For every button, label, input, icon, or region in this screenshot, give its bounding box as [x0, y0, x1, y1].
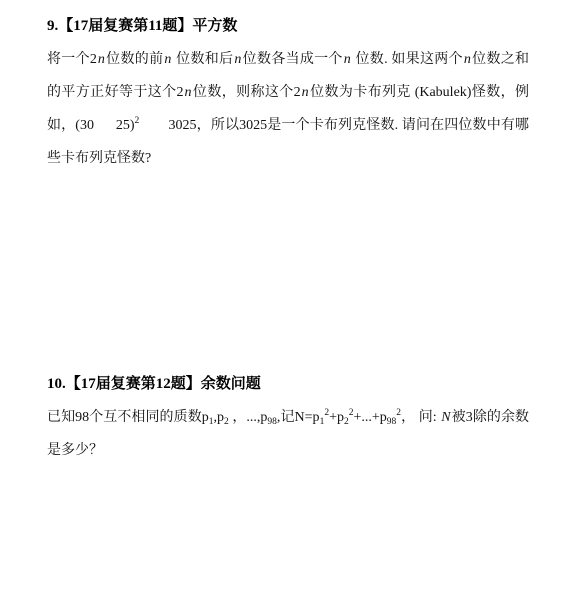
italic-variable-run: N: [440, 410, 451, 425]
italic-variable-run: n: [343, 52, 352, 67]
document-page: 9.【17届复赛第11题】平方数 将一个2n位数的前n 位数和后n位数各当成一个…: [0, 0, 573, 595]
subscript-run: 1: [320, 417, 325, 427]
problem-10-heading: 10.【17届复赛第12题】余数问题: [47, 368, 529, 401]
problem-9-section: 9.【17届复赛第11题】平方数 将一个2n位数的前n 位数和后n位数各当成一个…: [47, 10, 529, 175]
subscript-run: 98: [267, 417, 277, 427]
text-run: 位数各当成一个: [242, 52, 342, 67]
problem-10-paragraph: 已知98个互不相同的质数p1,p2 ，...,p98,记N=p12+p22+..…: [47, 401, 529, 467]
subscript-run: 2: [344, 417, 349, 427]
italic-variable-run: n: [301, 85, 310, 100]
subscript-run: 98: [387, 417, 397, 427]
italic-variable-run: n: [184, 85, 193, 100]
problem-10-section: 10.【17届复赛第12题】余数问题 已知98个互不相同的质数p1,p2 ，..…: [47, 368, 529, 467]
text-run: ,p: [214, 410, 225, 425]
text-run: 已知98个互不相同的质数p: [47, 410, 209, 425]
text-run: 位数. 如果这两个: [352, 52, 463, 67]
italic-variable-run: n: [233, 52, 242, 67]
answer-space: [47, 175, 529, 368]
text-run: +...+p: [353, 410, 386, 425]
text-run: +p: [329, 410, 344, 425]
text-run: 位数和后: [172, 52, 233, 67]
italic-variable-run: n: [463, 52, 472, 67]
text-run: 位数的前: [106, 52, 163, 67]
text-run: ，...,p: [229, 410, 268, 425]
text-run: 位数，则称这个2: [193, 85, 301, 100]
text-run: ,记N=p: [277, 410, 320, 425]
italic-variable-run: n: [97, 52, 106, 67]
problem-9-paragraph: 将一个2n位数的前n 位数和后n位数各当成一个n 位数. 如果这两个n位数之和的…: [47, 43, 529, 175]
text-run: 将一个2: [47, 52, 97, 67]
problem-9-heading: 9.【17届复赛第11题】平方数: [47, 10, 529, 43]
text-run: ， 问:: [401, 410, 440, 425]
